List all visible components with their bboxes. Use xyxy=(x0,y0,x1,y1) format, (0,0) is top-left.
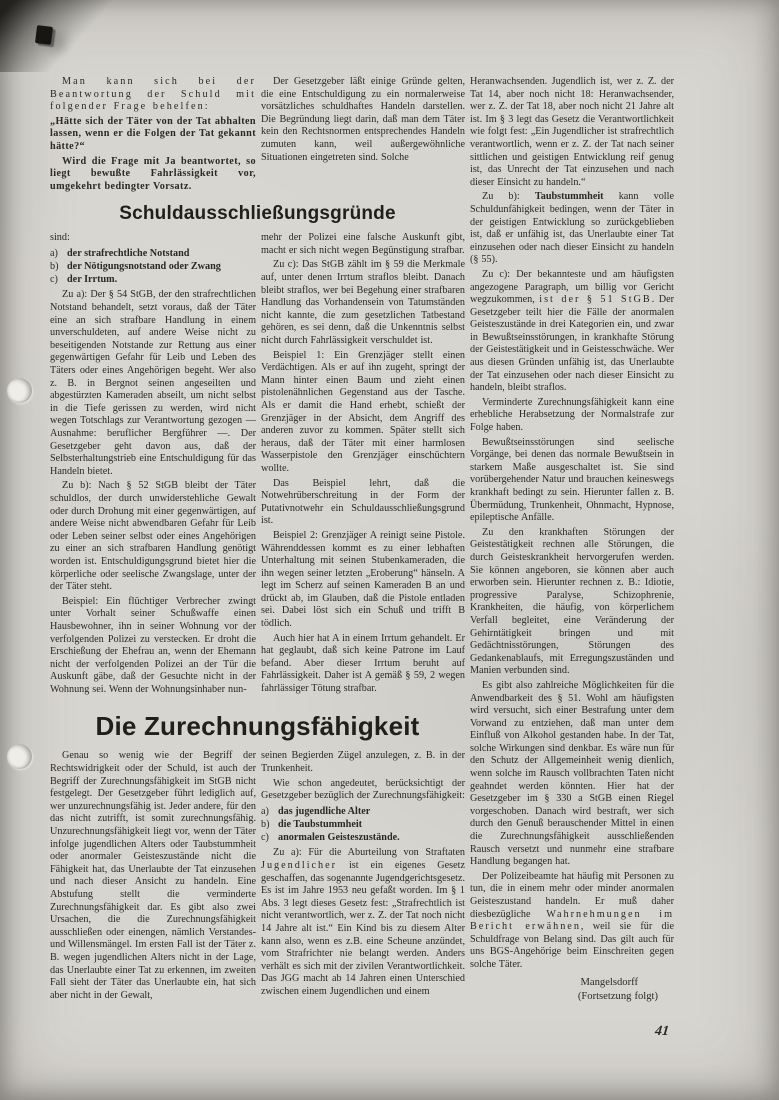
continuation-note: (Fortsetzung folgt) xyxy=(470,991,674,1004)
paragraph: Beispiel: Ein flüchtiger Verbrecher zwin… xyxy=(50,596,256,697)
section1-middle-column: mehr der Polizei eine falsche Auskunft g… xyxy=(261,232,465,697)
paragraph: Zu den krankhaften Störungen der Geistes… xyxy=(470,527,674,678)
letterspaced-run: ist der § 51 StGB xyxy=(539,294,651,305)
bold-run: Taubstummheit xyxy=(535,191,604,202)
list-marker: b) xyxy=(261,818,278,831)
list-item-label: der Nötigungsnotstand oder Zwang xyxy=(67,260,221,273)
letterspaced-run: Jugendlicher xyxy=(261,860,337,871)
paragraph-run: kann volle Schuldunfähigkeit bedingen, w… xyxy=(470,191,674,265)
list-item-label: anormalen Geisteszustände. xyxy=(278,831,400,844)
list-item: c) der Irrtum. xyxy=(50,273,256,286)
section2-middle-column: seinen Begierden Zügel anzulegen, z. B. … xyxy=(261,750,465,1000)
list-item: b) die Taubstummheit xyxy=(261,818,465,831)
paragraph: Verminderte Zurechnungsfähigkeit kann ei… xyxy=(470,397,674,435)
paragraph: Das Beispiel lehrt, daß die Notwehrübers… xyxy=(261,478,465,528)
list-marker: c) xyxy=(261,831,278,844)
enumerated-list: a) das jugendliche Alter b) die Taubstum… xyxy=(261,805,465,845)
quote-paragraph: „Hätte sich der Täter von der Tat abhalt… xyxy=(50,116,256,154)
paragraph: Auch hier hat A in einem Irrtum gehandel… xyxy=(261,633,465,696)
list-item: c) anormalen Geisteszustände. xyxy=(261,831,465,844)
paragraph: Beispiel 1: Ein Grenzjäger stellt einen … xyxy=(261,350,465,476)
paragraph: Zu c): Das StGB zählt im § 59 die Merkma… xyxy=(261,259,465,347)
section-heading-zurechnungsfaehigkeit: Die Zurechnungsfähigkeit xyxy=(50,711,465,741)
column-grid: Man kann sich bei der Beantwortung der S… xyxy=(50,76,674,1006)
paragraph: Zu a): Für die Aburteilung von Straftate… xyxy=(261,847,465,998)
list-marker: c) xyxy=(50,273,67,286)
intro-left-column: Man kann sich bei der Beantwortung der S… xyxy=(50,76,256,195)
list-item-label: der Irrtum. xyxy=(67,273,117,286)
paragraph: Bewußtseinsstörungen sind seelische Vorg… xyxy=(470,437,674,525)
hole-punch xyxy=(7,744,32,769)
section2-left-column: Genau so wenig wie der Begriff der Recht… xyxy=(50,750,256,1004)
paragraph: Zu b): Nach § 52 StGB bleibt der Täter s… xyxy=(50,480,256,593)
list-item-label: das jugendliche Alter xyxy=(278,805,370,818)
enumerated-list: a) der strafrechtliche Notstand b) der N… xyxy=(50,247,256,287)
paragraph: Man kann sich bei der Beantwortung der S… xyxy=(50,76,256,114)
paragraph: Wie schon angedeutet, berücksichtigt der… xyxy=(261,778,465,803)
right-column: Heranwachsenden. Jugendlich ist, wer z. … xyxy=(470,76,674,1006)
list-item: a) der strafrechtliche Notstand xyxy=(50,247,256,260)
paragraph: Heranwachsenden. Jugendlich ist, wer z. … xyxy=(470,76,674,189)
list-item-label: die Taubstummheit xyxy=(278,818,362,831)
paragraph: Es gibt also zahlreiche Möglichkeiten fü… xyxy=(470,680,674,869)
paragraph: Zu b): Taubstummheit kann volle Schuldun… xyxy=(470,191,674,267)
page-number: 41 xyxy=(654,1024,670,1040)
paragraph-run: ist ein eigenes Gesetz geschaffen, das s… xyxy=(261,860,465,997)
paragraph: Beispiel 2: Grenzjäger A reinigt seine P… xyxy=(261,530,465,631)
intro-middle-column: Der Gesetzgeber läßt einige Gründe gelte… xyxy=(261,76,465,166)
list-marker: a) xyxy=(50,247,67,260)
list-lead: sind: xyxy=(50,232,256,245)
ink-mark xyxy=(35,25,53,45)
paragraph: Zu a): Der § 54 StGB, der den strafrecht… xyxy=(50,289,256,478)
list-marker: b) xyxy=(50,260,67,273)
paragraph-run: Zu b): xyxy=(482,191,535,202)
list-marker: a) xyxy=(261,805,278,818)
scanned-page: Man kann sich bei der Beantwortung der S… xyxy=(0,0,779,1100)
list-item: a) das jugendliche Alter xyxy=(261,805,465,818)
section1-left-column: sind: a) der strafrechtliche Notstand b)… xyxy=(50,232,256,698)
paragraph-run: . Der Gesetzgeber teilt hier die Fälle d… xyxy=(470,294,674,393)
paragraph: Der Polizeibeamte hat häufig mit Persone… xyxy=(470,871,674,972)
paragraph: Der Gesetzgeber läßt einige Gründe gelte… xyxy=(261,76,465,164)
paragraph: Genau so wenig wie der Begriff der Recht… xyxy=(50,750,256,1002)
paragraph-run: Zu a): Für die Aburteilung von Straftate… xyxy=(273,847,465,858)
paragraph: Wird die Frage mit Ja beantwortet, so li… xyxy=(50,156,256,194)
paragraph: seinen Begierden Zügel anzulegen, z. B. … xyxy=(261,750,465,775)
scan-corner-shadow xyxy=(0,0,120,72)
list-item-label: der strafrechtliche Notstand xyxy=(67,247,189,260)
hole-punch xyxy=(7,378,32,403)
paragraph: Zu c): Der bekannteste und am häufigsten… xyxy=(470,269,674,395)
section-heading-schuldausschliessungsgruende: Schuldausschließungsgründe xyxy=(50,203,465,225)
page-content: Man kann sich bei der Beantwortung der S… xyxy=(50,76,674,1006)
paragraph: mehr der Polizei eine falsche Auskunft g… xyxy=(261,232,465,257)
list-item: b) der Nötigungsnotstand oder Zwang xyxy=(50,260,256,273)
author-signature: Mangelsdorff xyxy=(470,977,674,990)
